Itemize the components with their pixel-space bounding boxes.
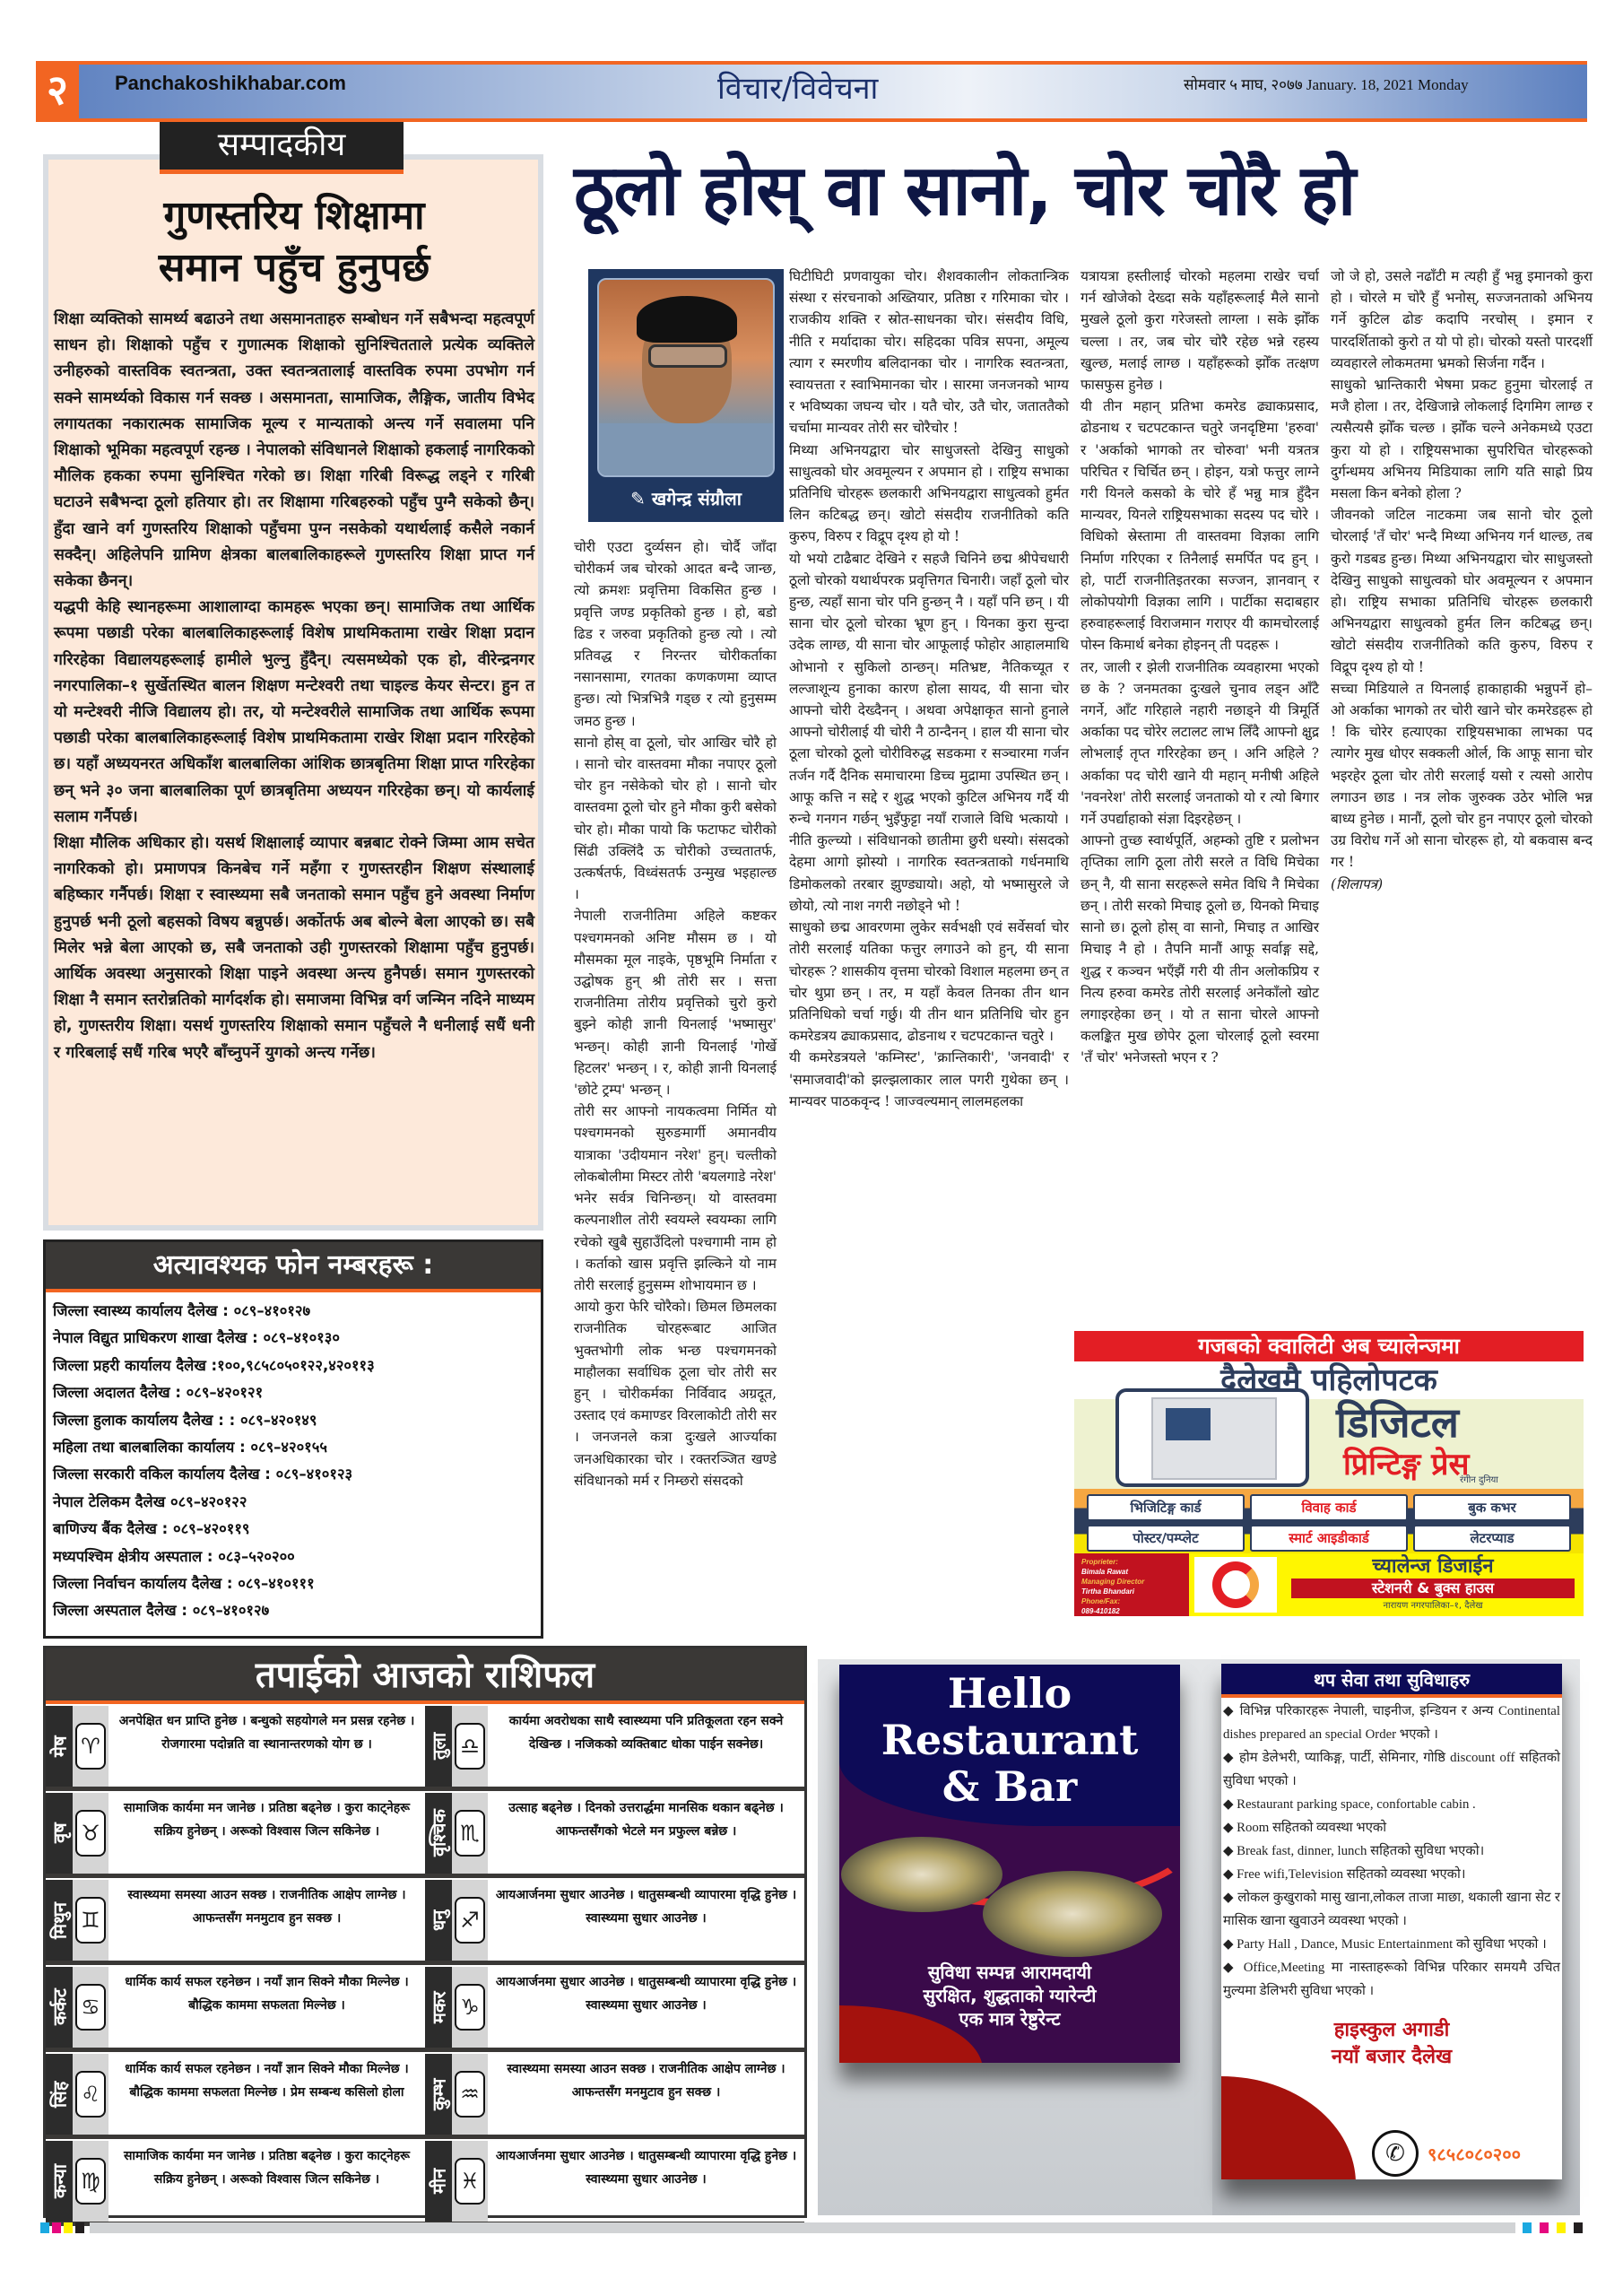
editorial-title-line-1: गुणस्तरिय शिक्षामा bbox=[54, 190, 534, 242]
phone-row: महिला तथा बालबालिका कार्यालय : ०८९–४२०१५… bbox=[53, 1434, 534, 1461]
sign-name: कर्कट bbox=[46, 1967, 73, 2048]
sign-name: वृश्चिक bbox=[425, 1793, 452, 1874]
phone-row: जिल्ला सरकारी वकिल कार्यालय दैलेख : ०८९–… bbox=[53, 1461, 534, 1488]
sign-forecast: सामाजिक कार्यमा मन जानेछ । प्रतिष्ठा बढ्… bbox=[108, 1793, 425, 1874]
horoscope-sign-singha: सिंह ♌ धार्मिक कार्य सफल रहनेछन । नयाँ ज… bbox=[46, 2054, 425, 2139]
page-number: २ bbox=[36, 61, 79, 122]
sign-forecast: कार्यमा अवरोधका साथै स्वास्थ्यमा पनि प्र… bbox=[488, 1706, 804, 1787]
phone-row: जिल्ला स्वास्थ्य कार्यालय दैलेख : ०८९–४१… bbox=[53, 1298, 534, 1325]
author-name: खगेन्द्र संग्रौला bbox=[652, 488, 742, 509]
horoscope-grid: मेष ♈ अनपेक्षित धन प्राप्ति हुनेछ । बन्ध… bbox=[46, 1704, 804, 2226]
registration-mark-cyan bbox=[40, 2222, 49, 2233]
sign-forecast: धार्मिक कार्य सफल रहनेछन । नयाँ ज्ञान सि… bbox=[108, 2054, 425, 2135]
service-item: होम डेलेभरी, प्याकिङ्ग, पार्टी, सेमिनार,… bbox=[1223, 1746, 1560, 1793]
horoscope-sign-kumbha: कुम्भ ♒ स्वास्थ्यमा समस्या आउन सक्छ । रा… bbox=[425, 2054, 804, 2139]
registration-mark-black bbox=[75, 2222, 84, 2233]
editorial-title: गुणस्तरिय शिक्षामा समान पहुँच हुनुपर्छ bbox=[54, 190, 534, 294]
horoscope-sign-meen: मीन ♓ आयआर्जनमा सुधार आउनेछ । धातुसम्बन्… bbox=[425, 2141, 804, 2226]
ad-brand-sub: स्टेशनरी & बुक्स हाउस bbox=[1291, 1578, 1575, 1598]
horoscope-sign-karkat: कर्कट ♋ धार्मिक कार्य सफल रहनेछन । नयाँ … bbox=[46, 1967, 425, 2052]
services-ad[interactable]: थप सेवा तथा सुविधाहरु विभिन्न परिकारहरू … bbox=[1221, 1664, 1562, 2179]
article-column-4: जो जे हो, उसले नढाँटी म त्यही हुँ भन्नु … bbox=[1331, 265, 1593, 895]
restaurant-interior-photo bbox=[983, 1871, 1162, 1957]
water-bearer-icon: ♒ bbox=[455, 2071, 485, 2118]
article-paragraph: चोरी एउटा दुर्व्यसन हो। चोर्दै जाँदा चोर… bbox=[574, 536, 777, 732]
phone-row: जिल्ला निर्वाचन कार्यालय दैलेख : ०८९–४१०… bbox=[53, 1570, 534, 1597]
fish-icon: ♓ bbox=[455, 2158, 485, 2205]
services-title: थप सेवा तथा सुविधाहरु bbox=[1221, 1664, 1562, 1698]
phone-row: जिल्ला हुलाक कार्यालय दैलेख : : ०८९–४२०१… bbox=[53, 1407, 534, 1434]
restaurant-interior-photo bbox=[841, 1837, 1002, 1912]
phone-row: नेपाल टेलिकम दैलेख ०८९–४२०१२२ bbox=[53, 1489, 534, 1516]
service-item: Free wifi,Television सहितको व्यवस्था भएक… bbox=[1223, 1863, 1560, 1886]
sign-forecast: स्वास्थ्यमा समस्या आउन सक्छ । राजनीतिक आ… bbox=[108, 1880, 425, 1961]
sign-forecast: आयआर्जनमा सुधार आउनेछ । धातुसम्बन्धी व्य… bbox=[488, 1967, 804, 2048]
phone-row: जिल्ला प्रहरी कार्यालय दैलेख :१००,९८५८०५… bbox=[53, 1352, 534, 1379]
service-item: Office,Meeting मा नास्ताहरूको विभिन्न पर… bbox=[1223, 1956, 1560, 2003]
author-photo-frame: ✎ खगेन्द्र संग्रौला bbox=[588, 269, 784, 522]
article-paragraph: नेपाली राजनीतिमा अहिले कष्टकर पश्चगमनको … bbox=[574, 905, 777, 1100]
article-paragraph: यो भयो टाढैबाट देखिने र सहजै चिनिने छद्म… bbox=[789, 548, 1069, 917]
emergency-phone-box: अत्यावश्यक फोन नम्बरहरू : जिल्ला स्वास्थ… bbox=[43, 1239, 543, 1639]
editorial-body: शिक्षा व्यक्तिको सामर्थ्य बढाउने तथा असम… bbox=[54, 307, 534, 1066]
registration-mark-cyan bbox=[1523, 2222, 1532, 2233]
ad-services: भिजिटिङ्ग कार्ड विवाह कार्ड बुक कभर पोस्… bbox=[1074, 1489, 1584, 1553]
twins-icon: ♊ bbox=[75, 1897, 106, 1944]
ad-service: भिजिटिङ्ग कार्ड bbox=[1087, 1494, 1245, 1521]
ad-title-press: प्रिन्टिङ्ग प्रेस bbox=[1343, 1442, 1469, 1483]
horoscope-sign-kanya: कन्या ♍ सामाजिक कार्यमा मन जानेछ । प्रति… bbox=[46, 2141, 425, 2226]
article-column-1: चोरी एउटा दुर्व्यसन हो। चोर्दै जाँदा चोर… bbox=[574, 536, 777, 1492]
service-item: Room सहितको व्यवस्था भएको bbox=[1223, 1816, 1560, 1839]
sign-name: मेष bbox=[46, 1706, 73, 1787]
service-item: लोकल कुखुराको मासु खाना,लोकल ताजा माछा, … bbox=[1223, 1886, 1560, 1933]
challenge-design-logo-icon bbox=[1194, 1557, 1277, 1613]
ad-service: लेटरप्याड bbox=[1413, 1525, 1571, 1552]
ad-contact: Proprieter: Bimala Rawat Managing Direct… bbox=[1074, 1553, 1189, 1616]
maiden-icon: ♍ bbox=[75, 2158, 106, 2205]
horoscope-sign-mesh: मेष ♈ अनपेक्षित धन प्राप्ति हुनेछ । बन्ध… bbox=[46, 1706, 425, 1791]
article-headline: ठूलो होस् वा सानो, चोर चोरै हो bbox=[574, 140, 1605, 235]
article-source: (शिलापत्र) bbox=[1331, 876, 1383, 892]
restaurant-slogan: सुविधा सम्पन्न आरामदायी सुरक्षित, शुद्धत… bbox=[839, 1961, 1180, 2031]
article-paragraph: तर, जाली र झेली राजनीतिक व्यवहारमा भएको … bbox=[1081, 657, 1319, 831]
printing-press-ad[interactable]: गजबको क्वालिटी अब च्यालेन्जमा दैलेखमै पह… bbox=[1074, 1331, 1584, 1616]
author-photo bbox=[597, 278, 775, 477]
services-phone[interactable]: ९८५८०८०२०० bbox=[1428, 2142, 1521, 2166]
sign-forecast: उत्साह बढ्नेछ । दिनको उत्तरार्द्धमा मानस… bbox=[488, 1793, 804, 1874]
pen-icon: ✎ bbox=[630, 488, 646, 509]
registration-mark-yellow bbox=[1557, 2222, 1566, 2233]
registration-mark-black bbox=[1574, 2222, 1583, 2233]
horoscope-sign-tula: तुला ♎ कार्यमा अवरोधका साथै स्वास्थ्यमा … bbox=[425, 1706, 804, 1791]
article-paragraph: घिटीघिटी प्रणवायुका चोर। शैशवकालीन लोकता… bbox=[789, 265, 1069, 439]
horoscope-title: तपाईको आजको राशिफल bbox=[46, 1648, 804, 1704]
scales-icon: ♎ bbox=[455, 1723, 485, 1770]
article-paragraph: यत्रायत्रा हस्तीलाई चोरको महलमा राखेर चर… bbox=[1081, 265, 1319, 396]
article-paragraph: यी तीन महान् प्रतिभा कमरेड ढ्याकप्रसाद, … bbox=[1081, 396, 1319, 656]
copier-machine-icon bbox=[1115, 1388, 1309, 1487]
registration-bar bbox=[90, 2222, 1515, 2233]
article-paragraph: साधुको छद्म आवरणमा लुकेर सर्वभक्षी एवं स… bbox=[789, 917, 1069, 1047]
goat-icon: ♑ bbox=[455, 1984, 485, 2031]
restaurant-ad[interactable]: Hello Restaurant & Bar सुविधा सम्पन्न आर… bbox=[839, 1665, 1180, 2063]
sign-name: मिथुन bbox=[46, 1880, 73, 1961]
sign-forecast: अनपेक्षित धन प्राप्ति हुनेछ । बन्धुको सह… bbox=[108, 1706, 425, 1787]
horoscope-box: तपाईको आजको राशिफल मेष ♈ अनपेक्षित धन प्… bbox=[43, 1646, 807, 2218]
article-paragraph: साधुको भ्रान्तिकारी भेषमा प्रकट हुनुमा च… bbox=[1331, 374, 1593, 504]
service-item: विभिन्न परिकारहरू नेपाली, चाइनीज, इन्डिय… bbox=[1223, 1700, 1560, 1746]
horoscope-sign-brishchik: वृश्चिक ♏ उत्साह बढ्नेछ । दिनको उत्तरार्… bbox=[425, 1793, 804, 1878]
section-title: विचार/विवेचना bbox=[717, 66, 878, 108]
sign-name: कन्या bbox=[46, 2141, 73, 2222]
ad-banner: गजबको क्वालिटी अब च्यालेन्जमा bbox=[1074, 1331, 1584, 1361]
registration-mark-magenta bbox=[1540, 2222, 1549, 2233]
phone-row: बाणिज्य बैंक दैलेख : ०८९–४२०११९ bbox=[53, 1516, 534, 1543]
service-item: Break fast, dinner, lunch सहितको सुविधा … bbox=[1223, 1839, 1560, 1863]
scorpion-icon: ♏ bbox=[455, 1810, 485, 1857]
phone-row: नेपाल विद्युत प्राधिकरण शाखा दैलेख : ०८९… bbox=[53, 1325, 534, 1352]
article-paragraph: जो जे हो, उसले नढाँटी म त्यही हुँ भन्नु … bbox=[1331, 265, 1593, 374]
sign-forecast: आयआर्जनमा सुधार आउनेछ । धातुसम्बन्धी व्य… bbox=[488, 2141, 804, 2222]
article-paragraph: आफ्नो तुच्छ स्वार्थपूर्ति, अहम्को तुष्टि… bbox=[1081, 830, 1319, 1068]
sign-name: वृष bbox=[46, 1793, 73, 1874]
phone-row: मध्यपश्चिम क्षेत्रीय अस्पताल : ०८३–५२०२०… bbox=[53, 1544, 534, 1570]
telephone-icon: ✆ bbox=[1372, 2130, 1419, 2177]
sign-forecast: आयआर्जनमा सुधार आउनेछ । धातुसम्बन्धी व्य… bbox=[488, 1880, 804, 1961]
editorial-paragraph: शिक्षा व्यक्तिको सामर्थ्य बढाउने तथा असम… bbox=[54, 307, 534, 595]
ad-service: विवाह कार्ड bbox=[1250, 1494, 1408, 1521]
sign-name: तुला bbox=[425, 1706, 452, 1787]
phone-row: जिल्ला अस्पताल दैलेख : ०८९–४१०१२७ bbox=[53, 1597, 534, 1624]
services-address: हाइस्कुल अगाडी नयाँ बजार दैलेख bbox=[1221, 2017, 1562, 2071]
horoscope-sign-makar: मकर ♑ आयआर्जनमा सुधार आउनेछ । धातुसम्बन्… bbox=[425, 1967, 804, 2052]
editorial-tag: सम्पादकीय bbox=[160, 122, 404, 174]
article-paragraph: सानो होस् वा ठूलो, चोर आखिर चोरै हो । सा… bbox=[574, 732, 777, 906]
article-paragraph: यी कमरेडत्रयले 'कम्निस्ट', 'क्रान्तिकारी… bbox=[789, 1047, 1069, 1112]
sign-forecast: स्वास्थ्यमा समस्या आउन सक्छ । राजनीतिक आ… bbox=[488, 2054, 804, 2135]
author-byline: ✎ खगेन्द्र संग्रौला bbox=[597, 486, 775, 510]
service-item: Party Hall , Dance, Music Entertainment … bbox=[1223, 1933, 1560, 1956]
article-paragraph: तोरी सर आफ्नो नायकत्वमा निर्मित यो पश्चग… bbox=[574, 1100, 777, 1296]
sign-name: मकर bbox=[425, 1967, 452, 2048]
sign-forecast: सामाजिक कार्यमा मन जानेछ । प्रतिष्ठा बढ्… bbox=[108, 2141, 425, 2222]
ad-brand: च्यालेन्ज डिजाईन bbox=[1282, 1555, 1584, 1578]
archer-icon: ♐ bbox=[455, 1897, 485, 1944]
horoscope-sign-brish: वृष ♉ सामाजिक कार्यमा मन जानेछ । प्रतिष्… bbox=[46, 1793, 425, 1878]
ad-address: नारायण नगरपालिका–१, दैलेख bbox=[1282, 1598, 1584, 1614]
services-list: विभिन्न परिकारहरू नेपाली, चाइनीज, इन्डिय… bbox=[1221, 1698, 1562, 2003]
crab-icon: ♋ bbox=[75, 1984, 106, 2031]
article-paragraph: सच्चा मिडियाले त यिनलाई हाकाहाकी भन्नुपर… bbox=[1331, 678, 1593, 874]
restaurant-name: Hello Restaurant & Bar bbox=[839, 1670, 1180, 1810]
article-column-2: घिटीघिटी प्रणवायुका चोर। शैशवकालीन लोकता… bbox=[789, 265, 1069, 1112]
horoscope-sign-dhanu: धनु ♐ आयआर्जनमा सुधार आउनेछ । धातुसम्बन्… bbox=[425, 1880, 804, 1965]
ad-service: पोस्टर/पम्प्लेट bbox=[1087, 1525, 1245, 1552]
editorial-paragraph: शिक्षा मौलिक अधिकार हो। यसर्थ शिक्षालाई … bbox=[54, 831, 534, 1066]
sign-name: मीन bbox=[425, 2141, 452, 2222]
article-paragraph: मिथ्या अभिनयद्वारा चोर साधुजस्तो देखिनु … bbox=[789, 439, 1069, 548]
article-column-3: यत्रायत्रा हस्तीलाई चोरको महलमा राखेर चर… bbox=[1081, 265, 1319, 1069]
editorial-paragraph: यद्धपी केहि स्थानहरूमा आशालाग्दा कामहरू … bbox=[54, 595, 534, 831]
editorial-title-line-2: समान पहुँच हुनुपर्छ bbox=[54, 242, 534, 294]
registration-mark-magenta bbox=[52, 2222, 61, 2233]
ad-title-digital: डिजिटल bbox=[1336, 1394, 1459, 1449]
sign-name: कुम्भ bbox=[425, 2054, 452, 2135]
article-paragraph: जीवनको जटिल नाटकमा जब सानो चोर ठूलो चोरल… bbox=[1331, 504, 1593, 678]
article-paragraph: आयो कुरा फेरि चोरैको। छिमल छिमलका राजनीत… bbox=[574, 1296, 777, 1492]
lion-icon: ♌ bbox=[75, 2071, 106, 2118]
ram-icon: ♈ bbox=[75, 1723, 106, 1770]
horoscope-sign-mithun: मिथुन ♊ स्वास्थ्यमा समस्या आउन सक्छ । रा… bbox=[46, 1880, 425, 1965]
phone-box-title: अत्यावश्यक फोन नम्बरहरू : bbox=[46, 1242, 541, 1292]
phone-list: जिल्ला स्वास्थ्य कार्यालय दैलेख : ०८९–४१… bbox=[46, 1292, 541, 1631]
phone-row: जिल्ला अदालत दैलेख : ०८९–४२०१२१ bbox=[53, 1379, 534, 1406]
sign-name: सिंह bbox=[46, 2054, 73, 2135]
sign-forecast: धार्मिक कार्य सफल रहनेछन । नयाँ ज्ञान सि… bbox=[108, 1967, 425, 2048]
sign-name: धनु bbox=[425, 1880, 452, 1961]
site-name[interactable]: Panchakoshikhabar.com bbox=[115, 72, 346, 95]
service-item: Restaurant parking space, confortable ca… bbox=[1223, 1793, 1560, 1816]
issue-date: सोमवार ५ माघ, २०७७ January. 18, 2021 Mon… bbox=[1184, 74, 1469, 94]
bull-icon: ♉ bbox=[75, 1810, 106, 1857]
ad-service: बुक कभर bbox=[1413, 1494, 1571, 1521]
ad-tagline: रंगीन दुनिया bbox=[1460, 1473, 1498, 1485]
ad-service: स्मार्ट आइडीकार्ड bbox=[1250, 1525, 1408, 1552]
registration-mark-yellow bbox=[64, 2222, 73, 2233]
